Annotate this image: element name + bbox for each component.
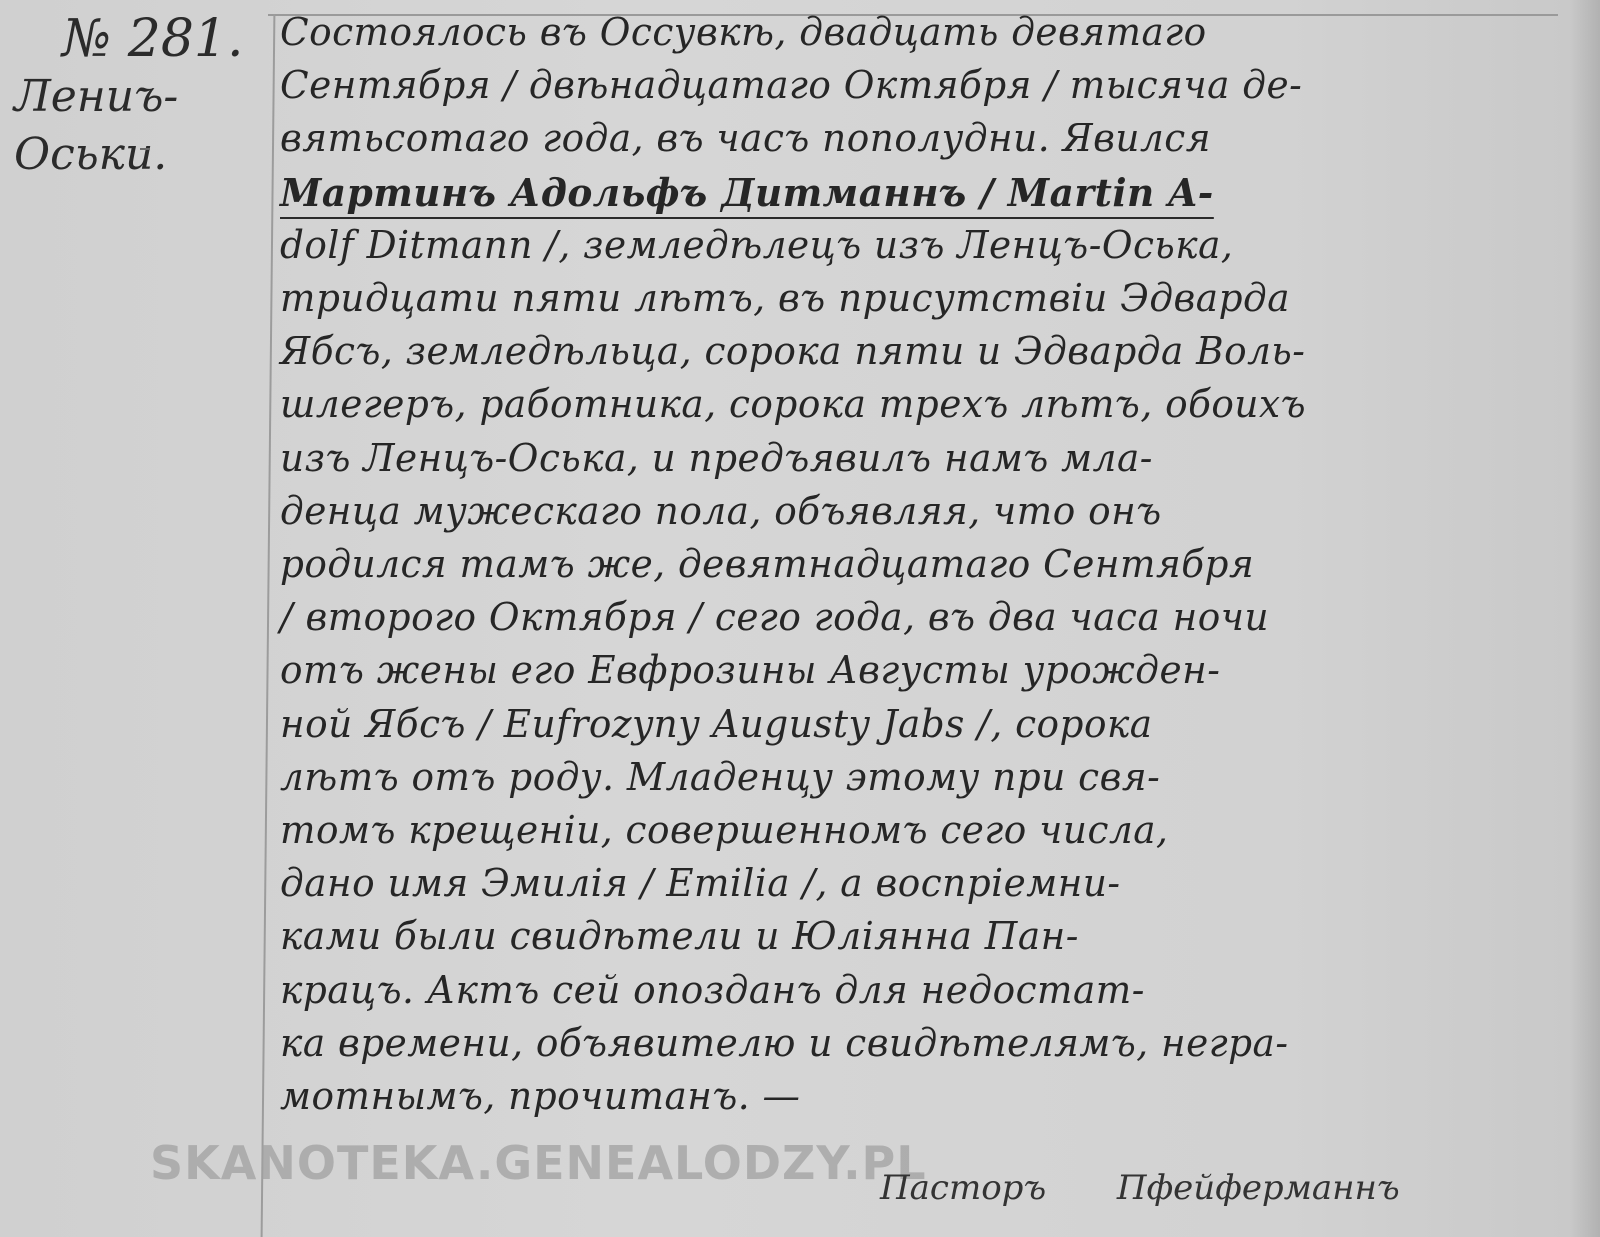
watermark-text: SKANOTEKA.GENEALODZY.PL (150, 1136, 927, 1190)
record-line: тридцати пяти лѣтъ, въ присутствіи Эдвар… (280, 272, 1549, 325)
record-line: шлегеръ, работника, сорока трехъ лѣтъ, о… (280, 378, 1549, 431)
record-line: / второго Октября / сего года, въ два ча… (280, 591, 1549, 644)
father-name-underlined: Мартинъ Адольфъ Дитманнъ / Martin A- (280, 170, 1214, 219)
record-line: мотнымъ, прочитанъ. — (280, 1070, 1549, 1123)
entry-number: № 281. (14, 10, 254, 68)
record-line: отъ жены его Евфрозины Августы урожден- (280, 644, 1549, 697)
record-line-child-name: дано имя Эмилія / Emilia /, а воспріемни… (280, 857, 1549, 910)
record-body: Состоялось въ Оссувкѣ, двадцать девятаго… (280, 6, 1570, 1123)
record-line-father-name: Мартинъ Адольфъ Дитманнъ / Martin A- (280, 166, 1549, 219)
signature-block: Пасторъ Пфейферманнъ (880, 1168, 1460, 1208)
signature-name: Пфейферманнъ (1117, 1168, 1400, 1208)
record-line: ками были свидѣтели и Юліянна Пан- (280, 910, 1549, 963)
record-line: родился тамъ же, девятнадцатаго Сентября (280, 538, 1549, 591)
margin-rule-line (261, 14, 276, 1237)
margin-annotation: № 281. Лениъ- Оськи. (14, 10, 254, 184)
page-edge-shadow (1570, 0, 1600, 1237)
record-line: ной Ябсъ / Eufrozyny Augusty Jabs /, сор… (280, 698, 1549, 751)
margin-dash-mark (140, 148, 150, 150)
record-line: лѣтъ отъ роду. Младенцу этому при свя- (280, 751, 1549, 804)
margin-place-line-1: Лениъ- (14, 68, 254, 126)
record-line: крацъ. Актъ сей опозданъ для недостат- (280, 964, 1549, 1017)
scanned-record-page: № 281. Лениъ- Оськи. Состоялось въ Оссув… (0, 0, 1600, 1237)
record-line: Ябсъ, земледѣльца, сорока пяти и Эдварда… (280, 325, 1549, 378)
record-line: dolf Ditmann /, земледѣлецъ изъ Ленцъ-Ос… (280, 219, 1549, 272)
record-line: вятьсотаго года, въ часъ пополудни. Явил… (280, 112, 1549, 165)
record-line: денца мужескаго пола, объявляя, что онъ (280, 485, 1549, 538)
record-line: Сентября / двѣнадцатаго Октября / тысяча… (280, 59, 1549, 112)
record-line: изъ Ленцъ-Оська, и предъявилъ намъ мла- (280, 432, 1549, 485)
signature-pastor: Пасторъ (880, 1168, 1046, 1208)
record-line: Состоялось въ Оссувкѣ, двадцать девятаго (280, 6, 1549, 59)
record-line: ка времени, объявителю и свидѣтелямъ, не… (280, 1017, 1549, 1070)
margin-place-line-2: Оськи. (14, 126, 254, 184)
record-line: томъ крещеніи, совершенномъ сего числа, (280, 804, 1549, 857)
